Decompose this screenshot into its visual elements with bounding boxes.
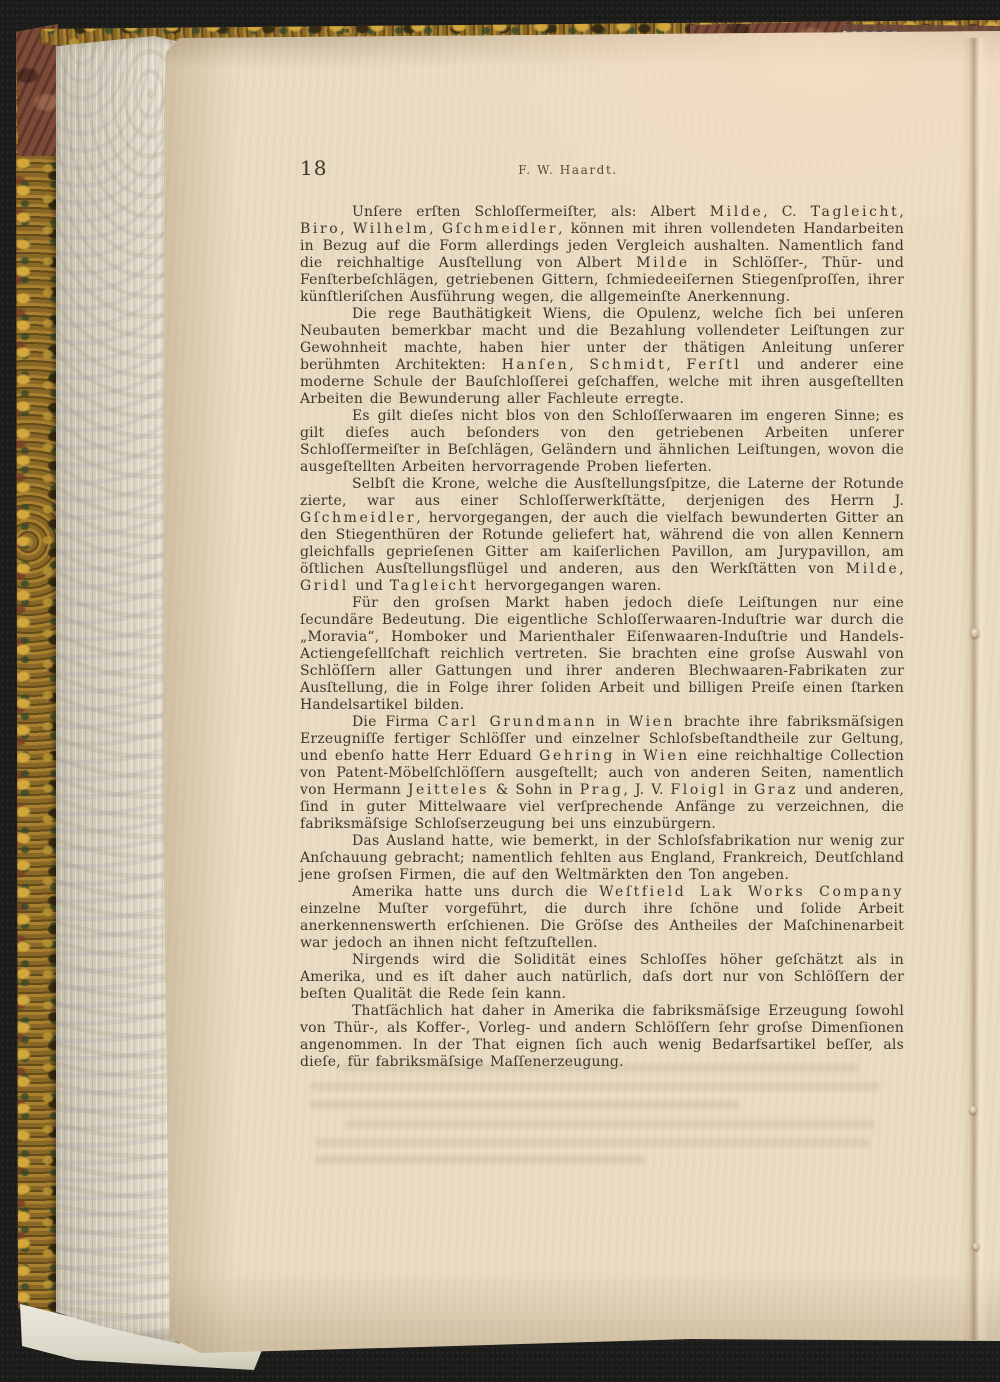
spaced-name: Graz <box>754 782 798 798</box>
spaced-name: Biro <box>300 221 340 237</box>
paragraph: Unſere erſten Schloſſermeiſter, als: Alb… <box>300 204 904 306</box>
gutter-crease <box>961 38 989 1340</box>
show-through-text-line <box>310 1100 740 1109</box>
body-text: Unſere erſten Schloſſermeiſter, als: Alb… <box>300 204 904 1071</box>
text-block: 18 F. W. Haardt. Unſere erſten Schloſſer… <box>300 156 904 1071</box>
paragraph: Es gilt dieſes nicht blos von den Schloſ… <box>300 408 904 476</box>
show-through-text-line <box>345 1120 875 1129</box>
spaced-name: Tagleicht <box>390 578 479 594</box>
show-through-text-line <box>315 1138 870 1147</box>
paragraph: Für den groſsen Markt haben jedoch dieſe… <box>300 595 904 714</box>
spaced-name: Tagleicht <box>811 204 900 220</box>
spaced-name: Hanſen <box>502 357 570 373</box>
running-header: F. W. Haardt. <box>266 163 870 177</box>
spaced-name: Ferſtl <box>687 357 742 373</box>
stitching-thread <box>973 1243 979 1250</box>
stitching-thread <box>970 1106 976 1114</box>
paragraph: Amerika hatte uns durch die Weſtfield La… <box>300 884 904 952</box>
paragraph: Die Firma Carl Grundmann in Wien brachte… <box>300 714 904 833</box>
spaced-name: Gehring <box>539 748 615 764</box>
spaced-name: Jeitteles <box>408 782 489 798</box>
spaced-name: Weſtfield Lak Works Company <box>599 884 904 900</box>
spaced-name: Prag <box>580 782 624 798</box>
spaced-name: Floigl <box>670 782 726 798</box>
scanned-book-photo: 18 F. W. Haardt. Unſere erſten Schloſſer… <box>0 0 1000 1382</box>
spaced-name: Milde <box>710 204 764 220</box>
paragraph: Selbſt die Krone, welche die Ausſtellung… <box>300 476 904 595</box>
spaced-name: Gſchmeidler <box>442 221 558 237</box>
spaced-name: Milde <box>846 561 900 577</box>
spaced-name: Carl Grundmann <box>438 714 598 730</box>
spaced-name: Wien <box>629 714 675 730</box>
stitching-thread <box>971 628 979 638</box>
spaced-name: Wien <box>643 748 689 764</box>
show-through-text-line <box>315 1155 645 1164</box>
spaced-name: Gridl <box>300 578 349 594</box>
spaced-name: Milde <box>636 255 690 271</box>
spaced-name: Gſchmeidler <box>300 510 416 526</box>
spaced-name: Schmidt <box>589 357 666 373</box>
page-header: 18 F. W. Haardt. <box>300 156 904 186</box>
paragraph: Die rege Bauthätigkeit Wiens, die Opulen… <box>300 306 904 408</box>
paragraph: Nirgends wird die Solidität eines Schloſ… <box>300 952 904 1003</box>
show-through-text-line <box>310 1082 880 1091</box>
paragraph: Thatſächlich hat daher in Amerika die fa… <box>300 1003 904 1071</box>
book-cover-left-edge <box>14 22 58 1322</box>
paragraph: Das Ausland hatte, wie bemerkt, in der S… <box>300 833 904 884</box>
page-edges-stack <box>54 34 180 1350</box>
spaced-name: Wilhelm <box>353 221 429 237</box>
